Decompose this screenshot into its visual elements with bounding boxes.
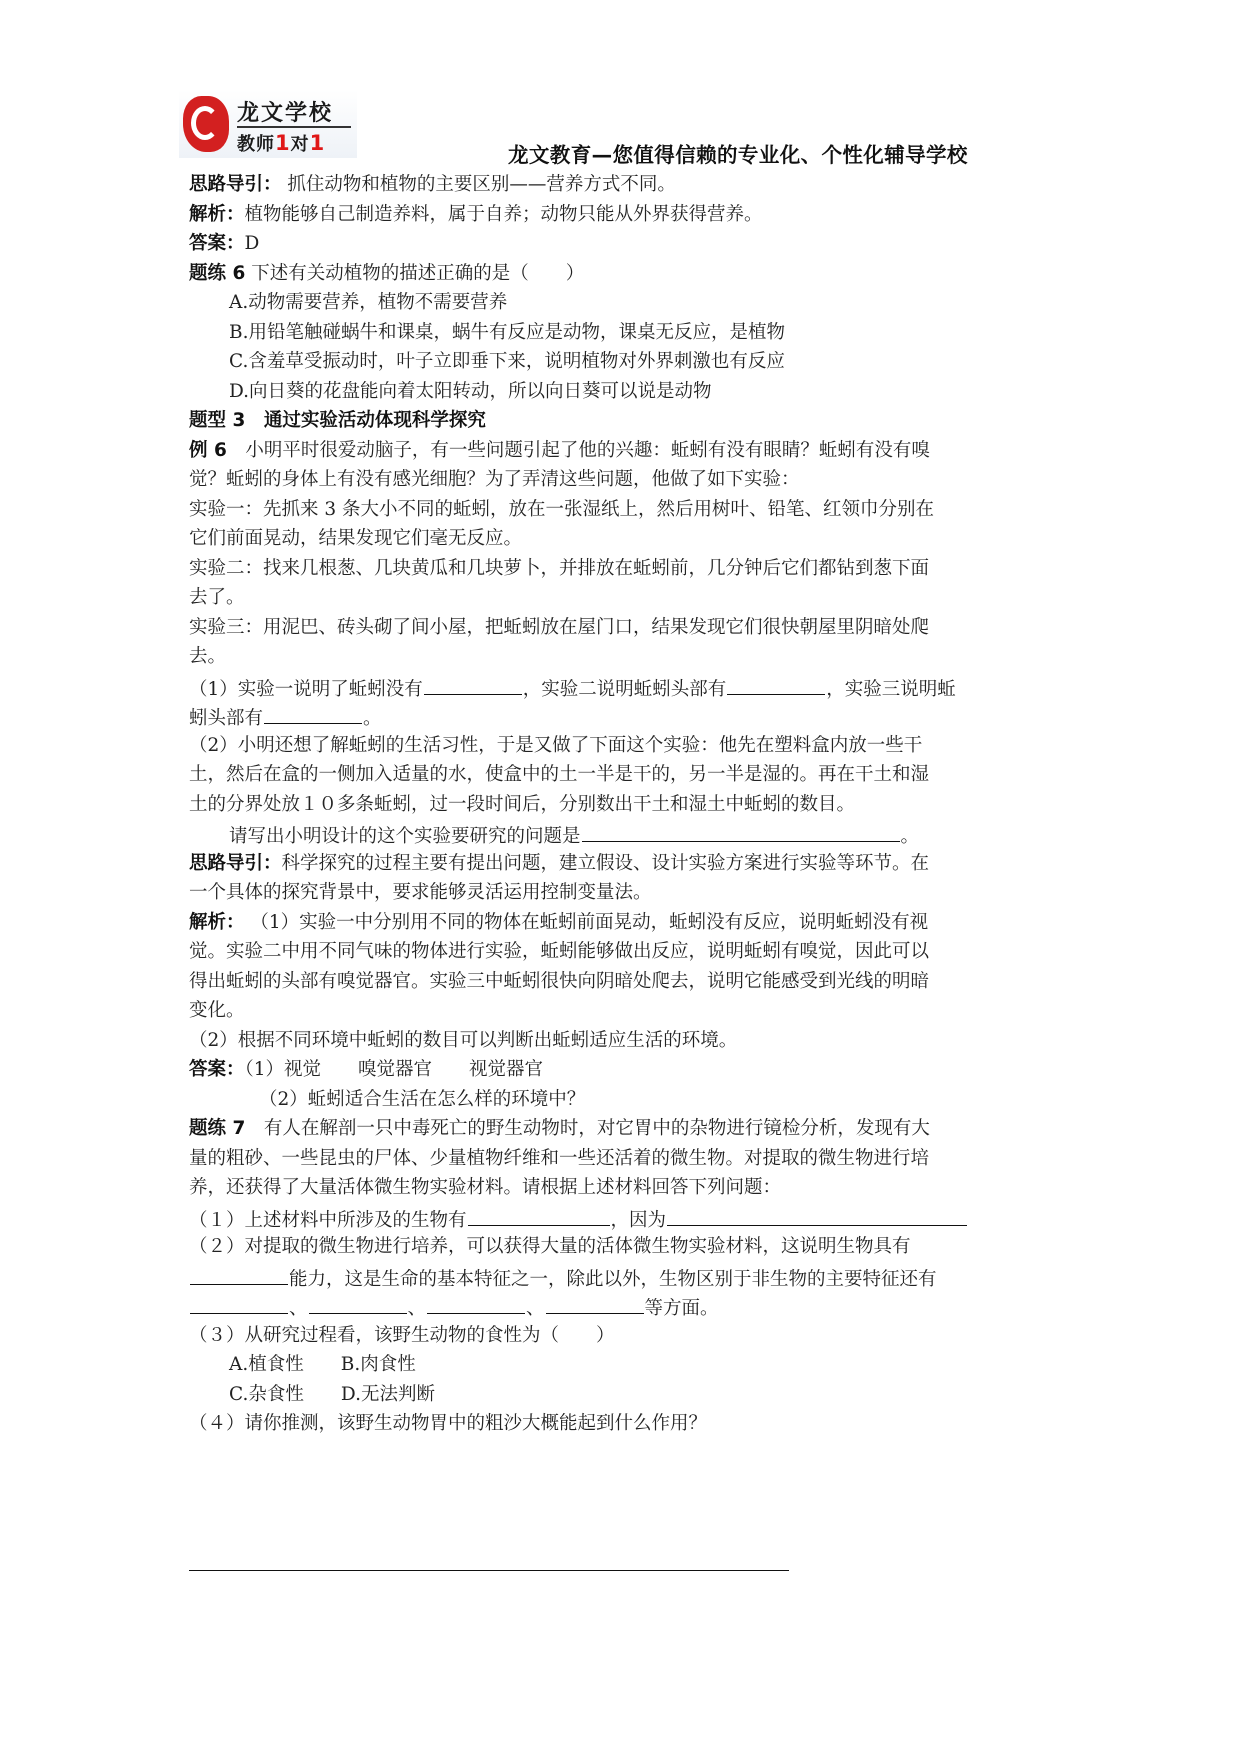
example6-hint-cont: 一个具体的探究背景中，要求能够灵活运用控制变量法。 <box>189 878 1059 908</box>
answer-line-q4[interactable] <box>189 1570 789 1571</box>
section3-title: 题型 3 通过实验活动体现科学探究 <box>189 406 1059 436</box>
prev-analysis: 解析：植物能够自己制造养料，属于自养；动物只能从外界获得营养。 <box>189 200 1059 230</box>
example6-analysis-cont: 得出蚯蚓的头部有嗅觉器官。实验三中蚯蚓很快向阴暗处爬去，说明它能感受到光线的明暗 <box>189 967 1059 997</box>
experiment2-cont: 去了。 <box>189 583 1059 613</box>
experiment2: 实验二：找来几根葱、几块黄瓜和几块萝卜，并排放在蚯蚓前，几分钟后它们都钻到葱下面 <box>189 554 1059 584</box>
prev-hint: 思路导引： 抓住动物和植物的主要区别——营养方式不同。 <box>189 170 1059 200</box>
dragon-seal-icon <box>183 96 229 152</box>
exercise7-intro-cont: 量的粗砂、一些昆虫的尸体、少量植物纤维和一些还活着的微生物。对提取的微生物进行培 <box>189 1144 1059 1174</box>
logo-subtitle: 教师1对1 <box>237 130 325 156</box>
exercise7-q2-blanks: 、、、等方面。 <box>189 1291 1059 1321</box>
answer-blank[interactable] <box>309 1291 407 1314</box>
school-logo: 龙文学校 教师1对1 <box>179 90 357 158</box>
exercise6-option-a: A.动物需要营养，植物不需要营养 <box>189 288 1059 318</box>
example6-analysis: 解析： （1）实验一中分别用不同的物体在蚯蚓前面晃动，蚯蚓没有反应，说明蚯蚓没有… <box>189 908 1059 938</box>
example6-q1: （1）实验一说明了蚯蚓没有，实验二说明蚯蚓头部有，实验三说明蚯 <box>189 672 1059 702</box>
exercise7-q1: （１）上述材料中所涉及的生物有，因为 <box>189 1203 1059 1233</box>
example6-analysis-cont: 变化。 <box>189 996 1059 1026</box>
example6-intro: 例 6 小明平时很爱动脑子，有一些问题引起了他的兴趣：蚯蚓有没有眼睛？蚯蚓有没有… <box>189 436 1059 466</box>
answer-blank[interactable] <box>427 1291 525 1314</box>
prev-answer: 答案：D <box>189 229 1059 259</box>
logo-divider <box>237 126 351 128</box>
exercise7-intro: 题练 7 有人在解剖一只中毒死亡的野生动物时，对它胃中的杂物进行镜检分析，发现有… <box>189 1114 1059 1144</box>
answer-blank[interactable] <box>582 819 900 842</box>
experiment3-cont: 去。 <box>189 642 1059 672</box>
example6-answer-cont: （2）蚯蚓适合生活在怎么样的环境中？ <box>189 1085 1059 1115</box>
answer-blank[interactable] <box>264 701 362 724</box>
exercise6-option-b: B.用铅笔触碰蜗牛和课桌，蜗牛有反应是动物，课桌无反应，是植物 <box>189 318 1059 348</box>
example6-q2-prompt: 请写出小明设计的这个实验要研究的问题是。 <box>189 819 1059 849</box>
header-slogan: 龙文教育—您值得信赖的专业化、个性化辅导学校 <box>508 138 968 168</box>
answer-blank[interactable] <box>727 672 825 695</box>
example6-q2-cont: 土的分界处放１０多条蚯蚓，过一段时间后，分别数出干土和湿土中蚯蚓的数目。 <box>189 790 1059 820</box>
exercise7-q2: （２）对提取的微生物进行培养，可以获得大量的活体微生物实验材料，这说明生物具有 <box>189 1232 1059 1262</box>
answer-blank[interactable] <box>190 1262 288 1285</box>
exercise6-option-d: D.向日葵的花盘能向着太阳转动，所以向日葵可以说是动物 <box>189 377 1059 407</box>
exercise7-q3: （３）从研究过程看，该野生动物的食性为（ ） <box>189 1321 1059 1351</box>
answer-blank[interactable] <box>667 1203 967 1226</box>
experiment3: 实验三：用泥巴、砖头砌了间小屋，把蚯蚓放在屋门口，结果发现它们很快朝屋里阴暗处爬 <box>189 613 1059 643</box>
answer-blank[interactable] <box>546 1291 644 1314</box>
exercise6-question: 题练 6 下述有关动植物的描述正确的是（ ） <box>189 259 1059 289</box>
answer-blank[interactable] <box>468 1203 610 1226</box>
answer-blank[interactable] <box>190 1291 288 1314</box>
example6-intro-cont: 觉？蚯蚓的身体上有没有感光细胞？为了弄清这些问题，他做了如下实验： <box>189 465 1059 495</box>
logo-title: 龙文学校 <box>237 96 333 127</box>
exercise7-intro-cont: 养，还获得了大量活体微生物实验材料。请根据上述材料回答下列问题： <box>189 1173 1059 1203</box>
answer-blank[interactable] <box>424 672 522 695</box>
example6-q2: （2）小明还想了解蚯蚓的生活习性，于是又做了下面这个实验：他先在塑料盒内放一些干 <box>189 731 1059 761</box>
example6-answer: 答案：（1）视觉 嗅觉器官 视觉器官 <box>189 1055 1059 1085</box>
example6-q2-cont: 土，然后在盒的一侧加入适量的水，使盒中的土一半是干的，另一半是湿的。再在干土和湿 <box>189 760 1059 790</box>
example6-analysis-cont: 觉。实验二中用不同气味的物体进行实验，蚯蚓能够做出反应，说明蚯蚓有嗅觉，因此可以 <box>189 937 1059 967</box>
experiment1-cont: 它们前面晃动，结果发现它们毫无反应。 <box>189 524 1059 554</box>
exercise7-q2-cont: 能力，这是生命的基本特征之一，除此以外，生物区别于非生物的主要特征还有 <box>189 1262 1059 1292</box>
exercise7-q4: （４）请你推测，该野生动物胃中的粗沙大概能起到什么作用？ <box>189 1409 1059 1439</box>
exercise7-q3-options-row1: A.植食性 B.肉食性 <box>189 1350 1059 1380</box>
exercise6-option-c: C.含羞草受振动时，叶子立即垂下来，说明植物对外界刺激也有反应 <box>189 347 1059 377</box>
example6-q1-cont: 蚓头部有。 <box>189 701 1059 731</box>
example6-analysis-cont: （2）根据不同环境中蚯蚓的数目可以判断出蚯蚓适应生活的环境。 <box>189 1026 1059 1056</box>
example6-hint: 思路导引：科学探究的过程主要有提出问题，建立假设、设计实验方案进行实验等环节。在 <box>189 849 1059 879</box>
exercise7-q3-options-row2: C.杂食性 D.无法判断 <box>189 1380 1059 1410</box>
experiment1: 实验一：先抓来 3 条大小不同的蚯蚓，放在一张湿纸上，然后用树叶、铅笔、红领巾分… <box>189 495 1059 525</box>
document-body: 思路导引： 抓住动物和植物的主要区别——营养方式不同。 解析：植物能够自己制造养… <box>189 170 1059 1439</box>
